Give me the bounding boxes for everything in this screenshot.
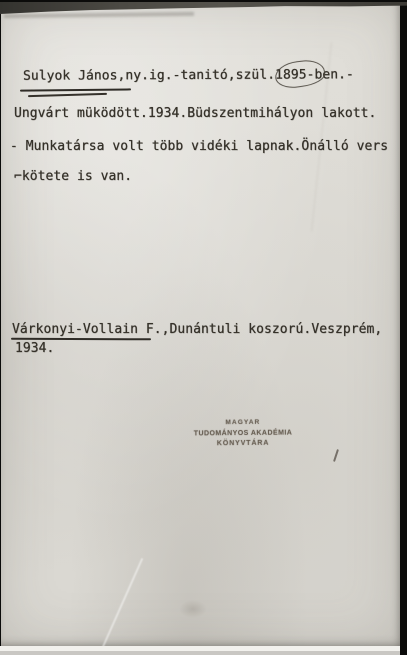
name-underline-primary [20, 88, 131, 91]
stamp-line-3: KÖNYVTÁRA [191, 439, 295, 447]
circled-year-annotation [274, 58, 327, 90]
citation-line-1: Várkonyi-Vollain F.,Dunántuli koszorú.Ve… [12, 322, 382, 337]
typed-line-biography-3: ⌐kötete is van. [14, 169, 132, 184]
pencil-slash-mark [333, 449, 339, 462]
paper-smudge [179, 600, 207, 618]
photo-bottom-strip [0, 651, 400, 655]
paper-crease [101, 558, 143, 650]
scanned-catalog-card-photo: { "colors": { "paper": "#dedcd6", "ink":… [0, 0, 407, 655]
catalog-card: Sulyok János,ny.ig.-tanitó,szül.1895-ben… [1, 2, 400, 646]
stamp-line-1: MAGYAR [191, 419, 295, 427]
stamp-line-2: TUDOMÁNYOS AKADÉMIA [191, 429, 295, 437]
library-stamp: MAGYAR TUDOMÁNYOS AKADÉMIA KÖNYVTÁRA [191, 419, 295, 447]
citation-line-2: 1934. [15, 341, 54, 356]
typed-line-biography-2: - Munkatársa volt több vidéki lapnak.Öná… [10, 139, 388, 154]
name-underline-secondary [28, 93, 107, 97]
